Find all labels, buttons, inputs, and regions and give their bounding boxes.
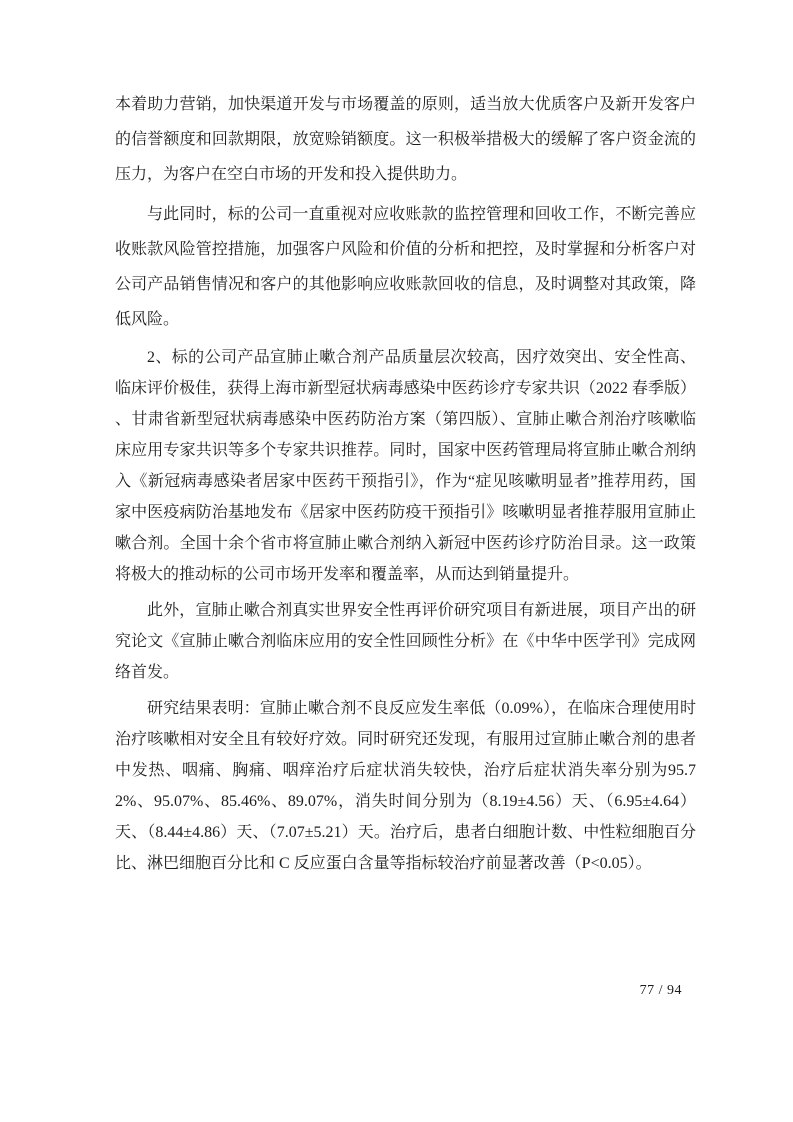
paragraph-continuation: 本着助力营销，加快渠道开发与市场覆盖的原则，适当放大优质客户及新开发客户的信誉额… bbox=[115, 87, 696, 192]
paragraph-receivables-management: 与此同时，标的公司一直重视对应收账款的监控管理和回收工作，不断完善应收账款风险管… bbox=[115, 197, 696, 337]
page-number: 77 / 94 bbox=[640, 983, 682, 998]
paragraph-research-publication: 此外，宣肺止嗽合剂真实世界安全性再评价研究项目有新进展，项目产出的研究论文《宣肺… bbox=[115, 595, 696, 688]
page-footer: 77 / 94 bbox=[640, 983, 682, 999]
page-body: 本着助力营销，加快渠道开发与市场覆盖的原则，适当放大优质客户及新开发客户的信誉额… bbox=[115, 87, 696, 884]
document-page: 本着助力营销，加快渠道开发与市场覆盖的原则，适当放大优质客户及新开发客户的信誉额… bbox=[0, 0, 793, 1122]
paragraph-research-results: 研究结果表明：宣肺止嗽合剂不良反应发生率低（0.09%），在临床合理使用时治疗咳… bbox=[115, 693, 696, 879]
paragraph-product-quality: 2、标的公司产品宣肺止嗽合剂产品质量层次较高，因疗效突出、安全性高、临床评价极佳… bbox=[115, 342, 696, 590]
